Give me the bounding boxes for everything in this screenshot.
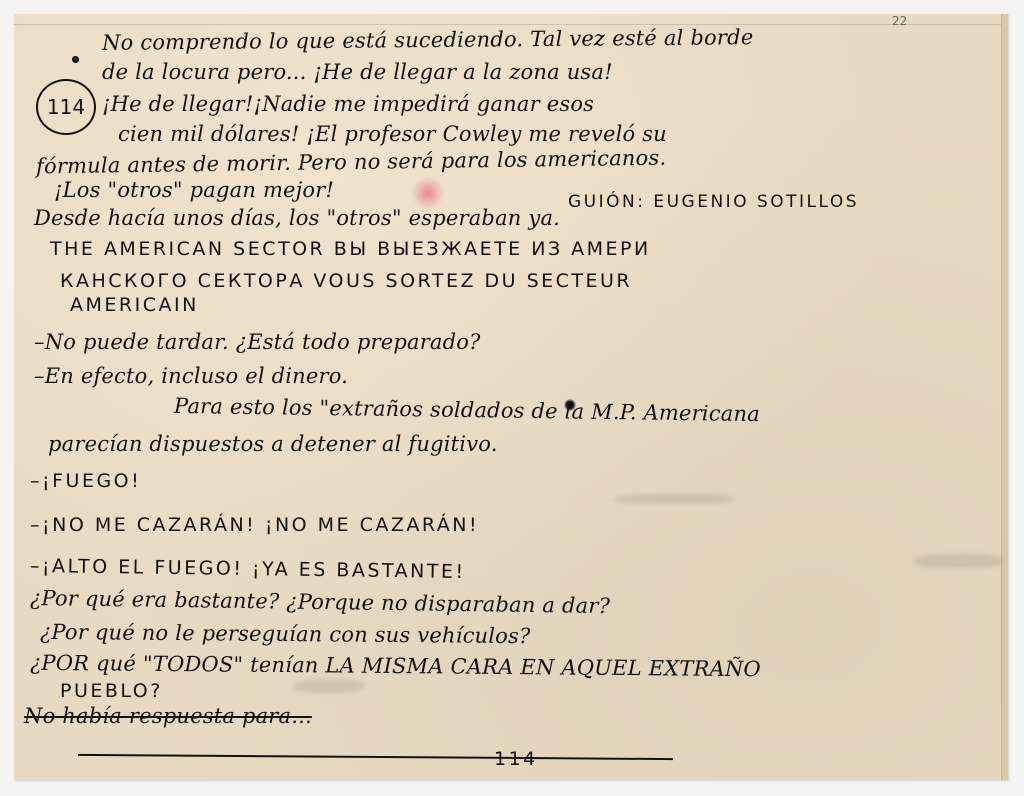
text-line: ¡Los "otros" pagan mejor! [54,178,334,202]
text-line: fórmula antes de morir. Pero no será par… [36,146,667,179]
manuscript-page: 22 114 No comprendo lo que está sucedien… [14,14,1008,780]
pencil-page-mark: 22 [892,14,907,28]
bottom-page-number: 114 [494,748,538,770]
text-line: cien mil dólares! ¡El profesor Cowley me… [118,122,667,146]
text-line: ¡He de llegar!¡Nadie me impedirá ganar e… [102,92,594,116]
text-line: ¿Por qué no le perseguían con sus vehícu… [40,620,531,648]
dialogue-line: –¡ALTO EL FUEGO! ¡YA ES BASTANTE! [30,555,466,583]
text-line: PUEBLO? [60,680,163,702]
text-line: parecían dispuestos a detener al fugitiv… [48,432,498,456]
page-number-label: 114 [47,95,85,119]
text-line: No comprendo lo que está sucediendo. Tal… [102,25,754,55]
red-stain [411,176,445,210]
smudge [614,494,734,504]
script-credit: GUIÓN: EUGENIO SOTILLOS [568,192,859,212]
page-edge [1001,14,1008,780]
sign-text-line: AMERICAIN [70,294,199,316]
bullet-dot [72,56,79,63]
struck-out-line: No había respuesta para... [24,704,312,728]
page-top-strip [14,14,1008,25]
text-line: de la locura pero... ¡He de llegar a la … [102,60,613,84]
text-line: ¿Por qué era bastante? ¿Porque no dispar… [30,586,610,618]
smudge [914,554,1004,568]
smudge [294,679,364,693]
sign-text-line: КАНСКОГО СЕКТОРА VOUS SORTEZ DU SECTEUR [60,270,632,292]
dialogue-line: –¡NO ME CAZARÁN! ¡NO ME CAZARÁN! [30,514,479,536]
text-line: Desde hacía unos días, los "otros" esper… [34,206,560,230]
dialogue-line: –No puede tardar. ¿Está todo preparado? [34,330,481,354]
circled-page-number: 114 [36,79,96,135]
dialogue-line: –¡FUEGO! [30,470,141,492]
text-line: ¿POR qué "TODOS" tenían LA MISMA CARA EN… [30,651,761,681]
underline-stroke [78,754,673,760]
text-line: Para esto los "extraños soldados de la M… [174,394,760,426]
dialogue-line: –En efecto, incluso el dinero. [34,364,348,388]
sign-text-line: THE AMERICAN SECTOR ВЫ ВЫЕЗЖАЕТЕ ИЗ АМЕР… [50,238,651,260]
